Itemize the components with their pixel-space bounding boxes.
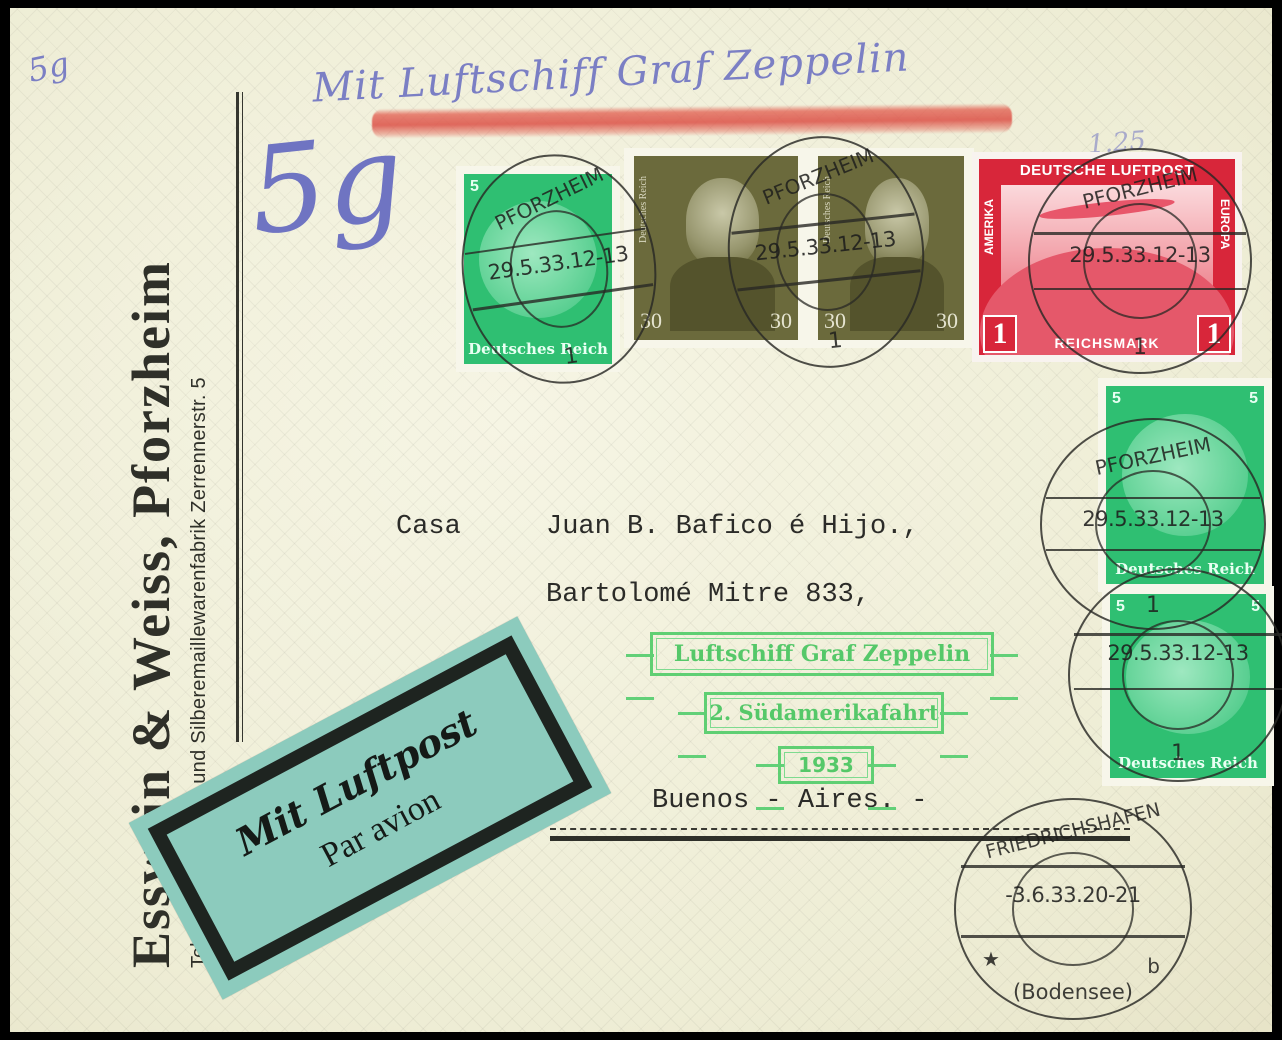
postmark-pforzheim: PFORZHEIM 29.5.33.12-13 1 (1028, 148, 1252, 374)
letterhead-subtitle: d- und Silberemaillewarenfabrik Zerrenne… (188, 377, 211, 808)
envelope: Esswein & Weiss, Pforzheim Tel d- und Si… (10, 8, 1272, 1032)
postmark-office: 1 (476, 331, 668, 382)
stamp-value: 30 (936, 308, 958, 334)
letterhead-rule (236, 92, 239, 742)
cachet-line-3: 1933 (778, 746, 874, 784)
address-prefix: Casa (396, 512, 461, 542)
postmark-pforzheim: 29.5.33.12-13 1 (1068, 568, 1282, 782)
address-line-1: Juan B. Bafico é Hijo., (546, 512, 919, 542)
cachet-ribbon (990, 654, 1018, 700)
postmark-date: 29.5.33.12-13 (1070, 641, 1282, 665)
stamp-left-legend: AMERIKA (982, 199, 996, 255)
postmark-office: 1 (1030, 335, 1250, 360)
handwritten-weight-corner: 5g (24, 44, 72, 90)
cachet-ribbon (940, 712, 968, 758)
postmark-date: 29.5.33.12-13 (1030, 243, 1250, 267)
cachet-line-2: 2. Südamerikafahrt (704, 692, 944, 734)
stamp-value: 5 (470, 178, 479, 196)
address-line-2: Bartolomé Mitre 833, (546, 580, 870, 610)
handwritten-note: Mit Luftschiff Graf Zeppelin (311, 34, 910, 111)
cachet-line-1: Luftschiff Graf Zeppelin (650, 632, 994, 676)
stamp-value: 5 (1249, 390, 1258, 408)
postmark-office: 1 (1070, 741, 1282, 766)
letterhead-rule-thin (242, 92, 243, 742)
postmark-date: 29.5.33.12-13 (1042, 507, 1264, 531)
postmark-date: -3.6.33.20-21 (956, 883, 1190, 907)
red-crayon-strike (372, 103, 1012, 139)
handwritten-weight-large: 5g (244, 118, 409, 253)
stamp-value: 5 (1112, 390, 1121, 408)
postmark-friedrichshafen: FRIEDRICHSHAFEN -3.6.33.20-21 (Bodensee)… (954, 798, 1192, 1020)
cachet-ribbon (678, 712, 706, 758)
postmark-office: 1 (739, 319, 933, 364)
postmark-office: b (1147, 954, 1160, 978)
star-icon: ★ (982, 947, 1000, 972)
postmark-subtitle: (Bodensee) (956, 980, 1190, 1004)
